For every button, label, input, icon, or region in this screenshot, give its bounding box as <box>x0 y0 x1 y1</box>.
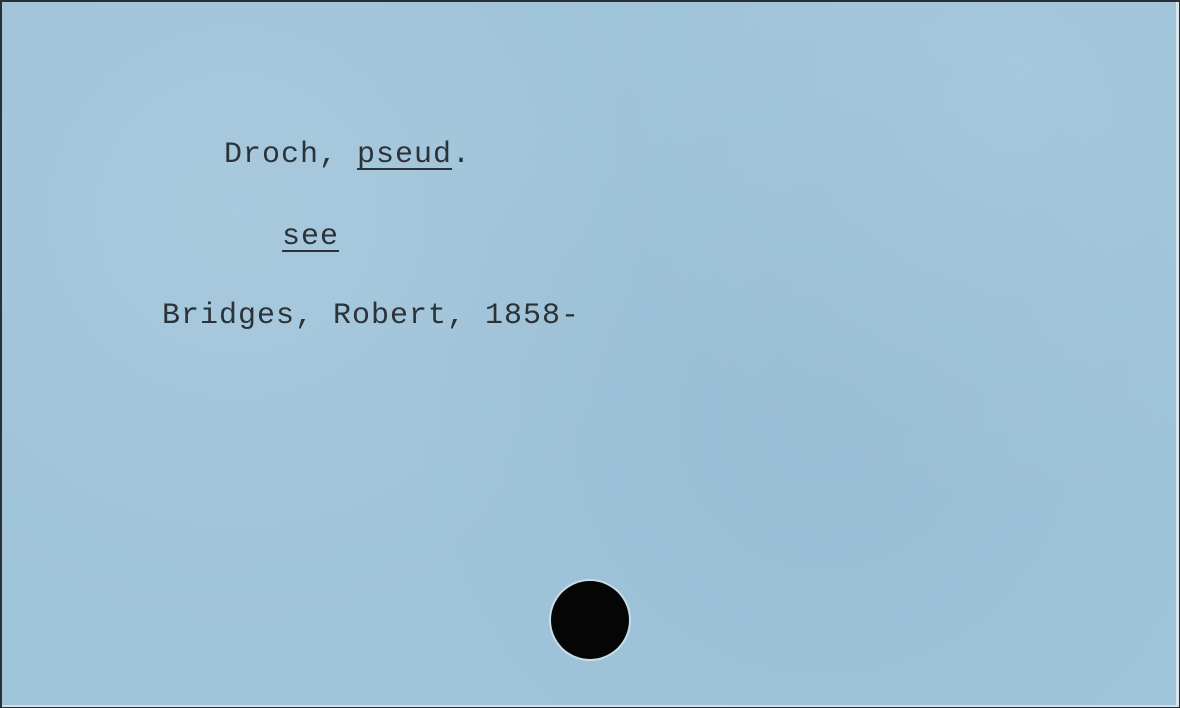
see-label: see <box>282 222 339 252</box>
punch-hole <box>551 581 629 659</box>
heading-qualifier-suffix: . <box>452 138 471 172</box>
heading-name: Droch, <box>224 138 357 172</box>
see-reference: Bridges, Robert, 1858- <box>162 301 580 331</box>
heading-qualifier: pseud <box>357 138 452 172</box>
catalog-card: Droch, pseud. see Bridges, Robert, 1858- <box>2 2 1179 707</box>
heading-entry: Droch, pseud. <box>224 140 471 170</box>
